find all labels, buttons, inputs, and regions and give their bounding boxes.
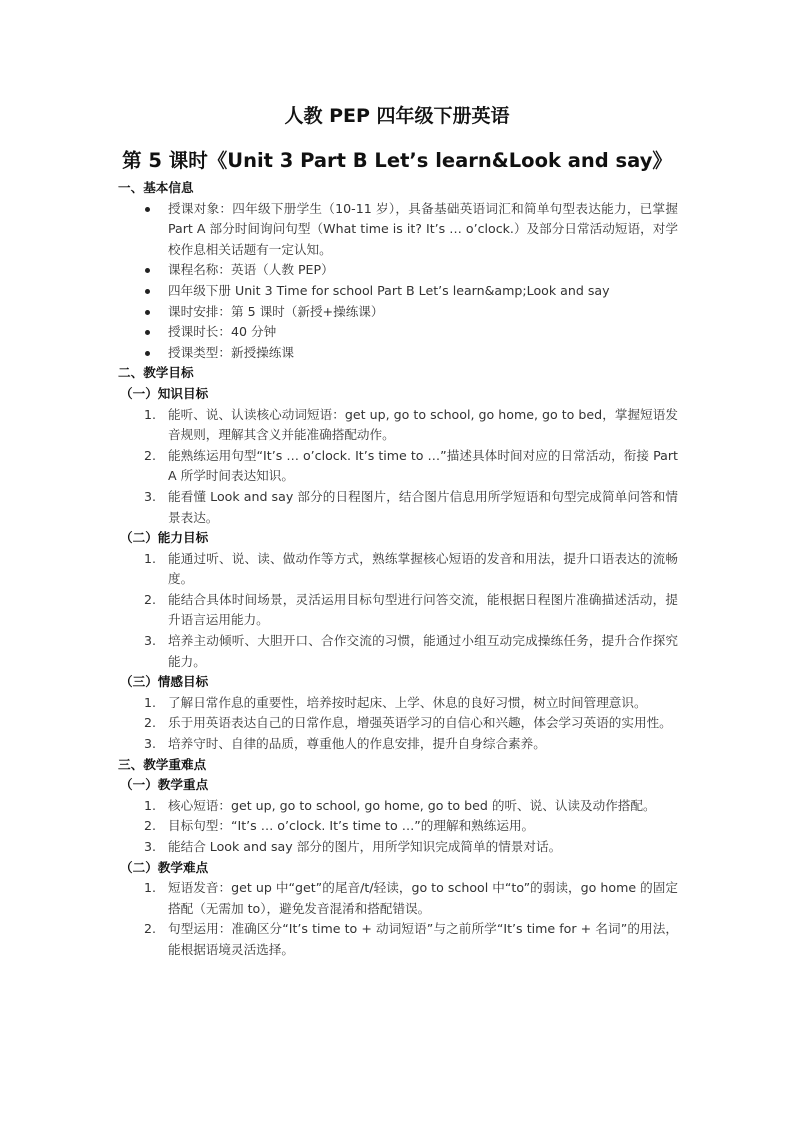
section-heading-key-points: 三、教学重难点 — [118, 755, 678, 776]
teaching-focus-list: 1.核心短语：get up, go to school, go home, go… — [118, 796, 678, 858]
list-item: 3.能看懂 Look and say 部分的日程图片，结合图片信息用所学短语和句… — [118, 487, 678, 528]
list-item: 2.目标句型：“It’s … o’clock. It’s time to …”的… — [118, 816, 678, 837]
bullet-icon — [145, 310, 150, 315]
section-heading-teaching-goals: 二、教学目标 — [118, 363, 678, 384]
subsection-heading-emotional-goals: （三）情感目标 — [118, 672, 678, 693]
list-item: 1.能听、说、认读核心动词短语：get up, go to school, go… — [118, 405, 678, 446]
bullet-icon — [145, 268, 150, 273]
list-item: 2.乐于用英语表达自己的日常作息，增强英语学习的自信心和兴趣，体会学习英语的实用… — [118, 713, 678, 734]
section-heading-basic-info: 一、基本信息 — [118, 178, 678, 199]
ability-goals-list: 1.能通过听、说、读、做动作等方式，熟练掌握核心短语的发音和用法，提升口语表达的… — [118, 549, 678, 673]
document-title: 人教 PEP 四年级下册英语 — [0, 101, 794, 128]
emotional-goals-list: 1.了解日常作息的重要性，培养按时起床、上学、休息的良好习惯，树立时间管理意识。… — [118, 693, 678, 755]
list-item: 授课对象：四年级下册学生（10-11 岁），具备基础英语词汇和简单句型表达能力，… — [118, 199, 678, 261]
list-item: 授课类型：新授操练课 — [118, 343, 678, 364]
list-item: 1.能通过听、说、读、做动作等方式，熟练掌握核心短语的发音和用法，提升口语表达的… — [118, 549, 678, 590]
lesson-title: 第 5 课时《Unit 3 Part B Let’s learn&Look an… — [0, 145, 794, 173]
bullet-icon — [145, 351, 150, 356]
subsection-heading-ability-goals: （二）能力目标 — [118, 528, 678, 549]
list-item: 2.句型运用：准确区分“It’s time to + 动词短语”与之前所学“It… — [118, 919, 678, 960]
bullet-icon — [145, 330, 150, 335]
bullet-icon — [145, 289, 150, 294]
list-item: 1.了解日常作息的重要性，培养按时起床、上学、休息的良好习惯，树立时间管理意识。 — [118, 693, 678, 714]
list-item: 授课时长：40 分钟 — [118, 322, 678, 343]
list-item: 四年级下册 Unit 3 Time for school Part B Let’… — [118, 281, 678, 302]
list-item: 3.能结合 Look and say 部分的图片，用所学知识完成简单的情景对话。 — [118, 837, 678, 858]
teaching-difficulties-list: 1.短语发音：get up 中“get”的尾音/t/轻读，go to schoo… — [118, 878, 678, 960]
bullet-icon — [145, 207, 150, 212]
knowledge-goals-list: 1.能听、说、认读核心动词短语：get up, go to school, go… — [118, 405, 678, 529]
list-item: 课程名称：英语（人教 PEP） — [118, 260, 678, 281]
subsection-heading-knowledge-goals: （一）知识目标 — [118, 384, 678, 405]
list-item: 2.能结合具体时间场景，灵活运用目标句型进行问答交流，能根据日程图片准确描述活动… — [118, 590, 678, 631]
list-item: 2.能熟练运用句型“It’s … o’clock. It’s time to …… — [118, 446, 678, 487]
document-body: 一、基本信息 授课对象：四年级下册学生（10-11 岁），具备基础英语词汇和简单… — [118, 178, 678, 961]
list-item: 1.核心短语：get up, go to school, go home, go… — [118, 796, 678, 817]
basic-info-list: 授课对象：四年级下册学生（10-11 岁），具备基础英语词汇和简单句型表达能力，… — [118, 199, 678, 364]
subsection-heading-teaching-focus: （一）教学重点 — [118, 775, 678, 796]
list-item: 3.培养主动倾听、大胆开口、合作交流的习惯，能通过小组互动完成操练任务，提升合作… — [118, 631, 678, 672]
document-page: 人教 PEP 四年级下册英语 第 5 课时《Unit 3 Part B Let’… — [0, 0, 794, 1123]
list-item: 1.短语发音：get up 中“get”的尾音/t/轻读，go to schoo… — [118, 878, 678, 919]
list-item: 课时安排：第 5 课时（新授+操练课） — [118, 302, 678, 323]
subsection-heading-teaching-difficulties: （二）教学难点 — [118, 858, 678, 879]
list-item: 3.培养守时、自律的品质，尊重他人的作息安排，提升自身综合素养。 — [118, 734, 678, 755]
